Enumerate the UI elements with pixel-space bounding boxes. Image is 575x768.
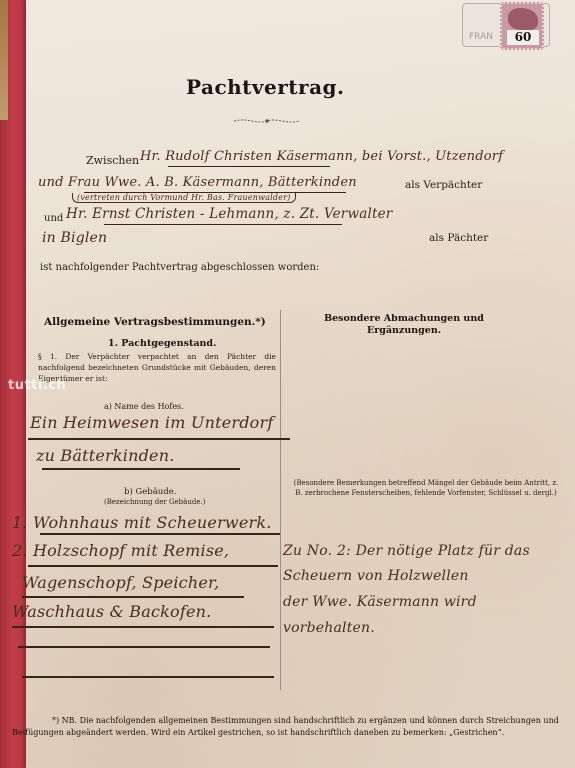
section-1-title: 1. Pachtgegenstand. (108, 338, 216, 349)
footnote: *) NB. Die nachfolgenden allgemeinen Bes… (12, 715, 564, 739)
ornament-divider-icon (232, 118, 302, 124)
label-name-des-hofes: a) Name des Hofes. (104, 402, 184, 411)
contract-closing-line: ist nachfolgender Pachtvertrag abgeschlo… (40, 262, 319, 273)
lessor-name-underline (168, 166, 330, 167)
farm-name-rule-1 (28, 438, 290, 440)
special-note-line-3: der Wwe. Käsermann wird (283, 594, 477, 610)
building-item-1: 1. Wohnhaus mit Scheuerwerk. (12, 513, 272, 532)
blank-rule-6 (22, 676, 274, 678)
lessor-line-2: und Frau Wwe. A. B. Käsermann, Bätterkin… (38, 175, 357, 190)
watermark: tutti.ch (8, 378, 66, 393)
column-divider (280, 310, 281, 690)
paragraph-1: § 1. Der Verpächter verpachtet an den Pä… (38, 351, 276, 384)
farm-name-line-2: zu Bätterkinden. (36, 446, 175, 465)
als-verpaechter-label: als Verpächter (405, 179, 482, 191)
lessor-representative-note: (vertreten durch Vormund Hr. Bas. Frauen… (72, 193, 296, 203)
building-item-3: Wagenschopf, Speicher, (22, 573, 219, 592)
defects-note: (Besondere Bemerkungen betreffend Mängel… (290, 478, 562, 498)
lessee-line-1: Hr. Ernst Christen - Lehmann, z. Zt. Ver… (66, 206, 392, 222)
special-note-line-1: Zu No. 2: Der nötige Platz für das (283, 543, 530, 559)
special-note-line-2: Scheuern von Holzwellen (283, 568, 469, 584)
stamp-value: 60 (507, 30, 539, 45)
postage-stamp: 60 (500, 2, 544, 50)
als-paechter-label: als Pächter (429, 232, 488, 244)
zwischen-label: Zwischen (86, 154, 139, 167)
farm-name-line-1: Ein Heimwesen im Unterdorf (30, 413, 274, 432)
building-rule-3 (22, 596, 244, 598)
general-terms-heading: Allgemeine Vertragsbestimmungen.*) (44, 316, 284, 328)
building-rule-2 (28, 565, 278, 567)
lessee-line-2: in Biglen (42, 230, 107, 246)
und-label: und (44, 213, 63, 224)
special-agreements-heading-2: Ergänzungen. (314, 325, 494, 336)
special-note-line-4: vorbehalten. (283, 620, 375, 636)
building-rule-1 (40, 533, 280, 535)
building-item-4: Waschhaus & Backofen. (12, 602, 211, 621)
special-agreements-heading-1: Besondere Abmachungen und (314, 313, 494, 324)
wooden-table-edge (0, 0, 8, 120)
blank-rule-5 (18, 646, 270, 648)
building-rule-4 (12, 626, 274, 628)
lion-emblem-icon (508, 8, 538, 30)
farm-name-rule-2 (42, 468, 240, 470)
lessor-line-1: Hr. Rudolf Christen Käsermann, bei Vorst… (140, 149, 535, 164)
stamp-frame-text: FRAN (469, 32, 493, 42)
document-title: Pachtvertrag. (186, 75, 344, 99)
label-gebaeude-sub: (Bezeichnung der Gebäude.) (104, 498, 205, 506)
lessee-name-underline (104, 224, 342, 225)
contract-page (26, 0, 575, 768)
building-item-2: 2. Holzschopf mit Remise, (12, 541, 229, 560)
label-gebaeude: b) Gebäude. (124, 487, 176, 497)
